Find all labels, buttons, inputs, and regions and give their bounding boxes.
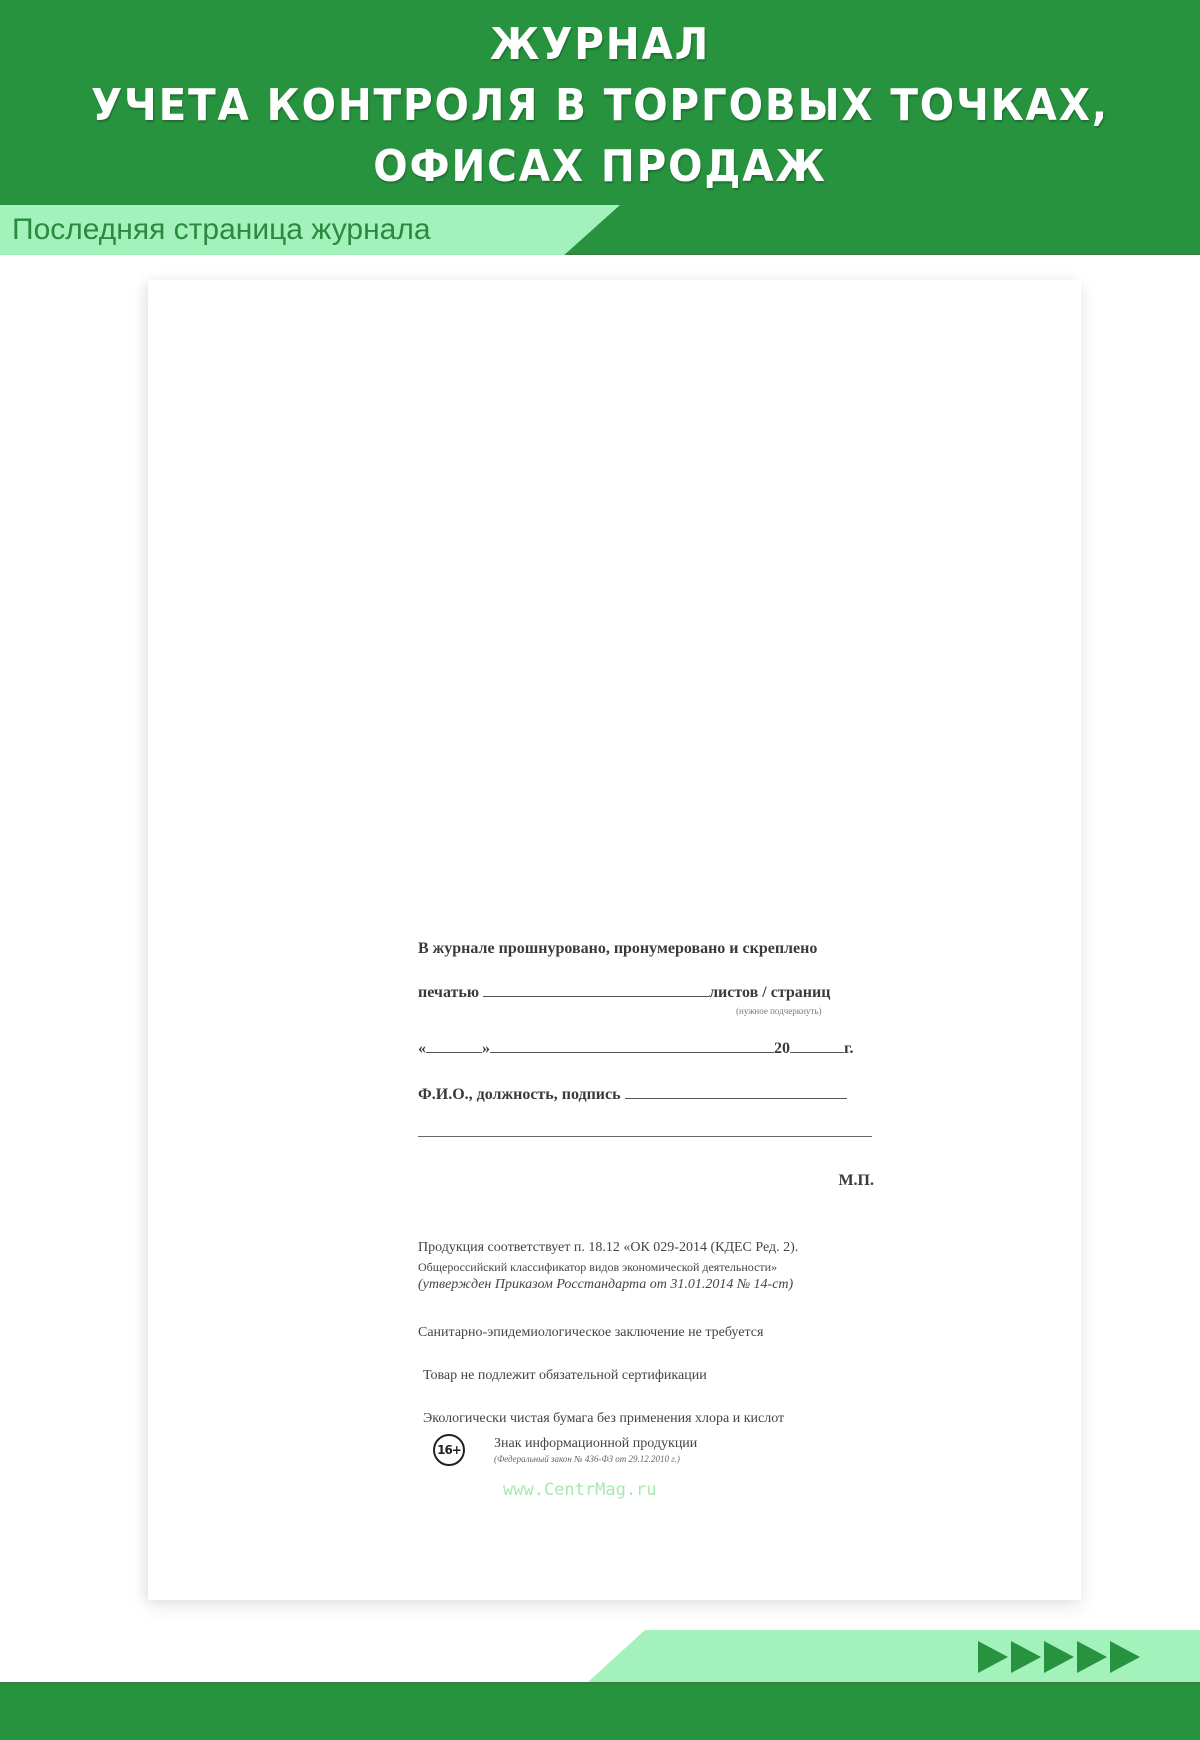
title-line-2: УЧЕТА КОНТРОЛЯ В ТОРГОВЫХ ТОЧКАХ, [48,75,1152,136]
arrow-right-icon [978,1641,1008,1673]
date-line: «»20г. [418,1038,853,1058]
quote-close: » [482,1040,490,1057]
sheets-prefix: печатью [418,984,479,1001]
quote-open: « [418,1040,426,1057]
subtitle: Последняя страница журнала [12,208,431,252]
signature-label: Ф.И.О., должность, подпись [418,1086,621,1103]
sheets-count-field[interactable] [483,982,709,997]
day-field[interactable] [426,1038,482,1053]
certification-note: Товар не подлежит обязательной сертифика… [423,1368,707,1384]
compliance-line-2: Общероссийский классификатор видов эконо… [418,1260,777,1275]
sanitary-note: Санитарно-эпидемиологическое заключение … [418,1325,763,1341]
month-field[interactable] [490,1038,774,1053]
underline-note: (нужное подчеркнуть) [736,1006,821,1016]
stamp-label: М.П. [838,1172,874,1190]
page-title: ЖУРНАЛ УЧЕТА КОНТРОЛЯ В ТОРГОВЫХ ТОЧКАХ,… [48,14,1152,197]
year-field[interactable] [790,1038,844,1053]
signature-field[interactable] [625,1084,847,1099]
info-sign-label: Знак информационной продукции [494,1436,697,1452]
watermark: www.CentrMag.ru [503,1480,657,1500]
title-line-3: ОФИСАХ ПРОДАЖ [48,136,1152,197]
signature-extra-field[interactable] [418,1136,872,1137]
age-rating-icon: 16+ [433,1434,465,1466]
arrow-right-icon [1110,1641,1140,1673]
info-law: (Федеральный закон № 436-ФЗ от 29.12.201… [494,1454,680,1464]
next-arrows-icon[interactable] [978,1641,1140,1673]
compliance-line-3: (утвержден Приказом Росстандарта от 31.0… [418,1277,793,1293]
sheets-line: печатью листов / страниц [418,982,830,1002]
year-prefix: 20 [774,1040,790,1057]
title-line-1: ЖУРНАЛ [48,14,1152,75]
bound-statement: В журнале прошнуровано, пронумеровано и … [418,940,817,958]
arrow-right-icon [1044,1641,1074,1673]
arrow-right-icon [1077,1641,1107,1673]
eco-note: Экологически чистая бумага без применени… [423,1411,784,1427]
sheets-suffix: листов / страниц [709,984,830,1001]
compliance-line-1: Продукция соответствует п. 18.12 «ОК 029… [418,1240,798,1256]
arrow-right-icon [1011,1641,1041,1673]
footer-bar [0,1682,1200,1740]
year-suffix: г. [844,1040,853,1057]
signature-line: Ф.И.О., должность, подпись [418,1084,847,1104]
